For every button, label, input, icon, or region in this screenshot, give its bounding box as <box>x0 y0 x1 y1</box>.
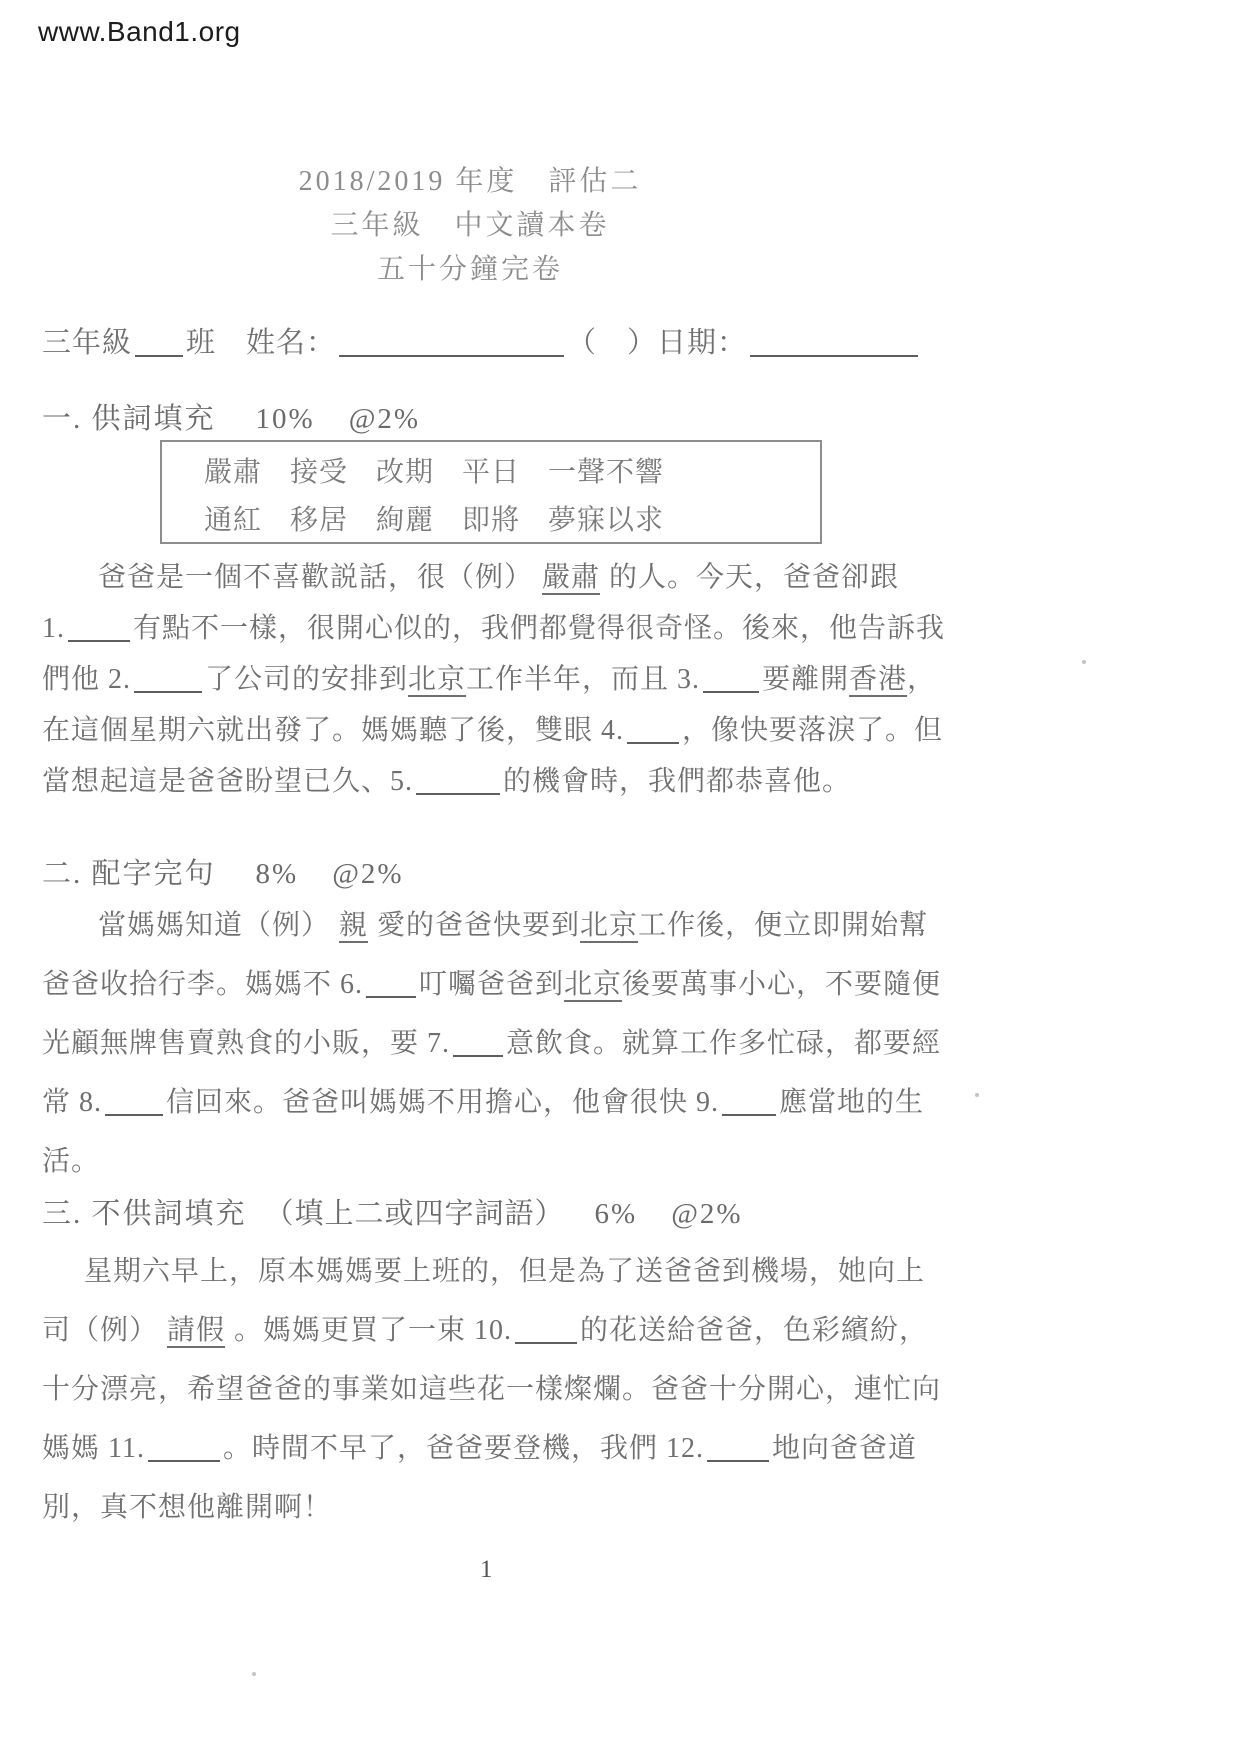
student-info-line: 三年級班 姓名：（ ）日期： <box>42 320 921 361</box>
text-run: 了公司的安排到 <box>205 664 408 695</box>
answer-blank <box>105 1086 163 1116</box>
text-run: 的花送給爸爸，色彩繽紛， <box>580 1315 928 1346</box>
word-bank-word: 通紅 <box>204 498 266 538</box>
text-run: 司（例） <box>42 1315 158 1346</box>
word-bank-word: 接受 <box>290 450 352 490</box>
text-run: 有點不一樣，很開心似的，我們都覺得很奇怪。後來，他告訴我 <box>133 613 945 644</box>
exam-title-block: 2018/2019 年度 評估二 三年級 中文讀本卷 五十分鐘完卷 <box>120 160 820 292</box>
word-bank-word: 一聲不響 <box>548 450 688 490</box>
text-line: 司（例）請假。媽媽更買了一束 10.的花送給爸爸，色彩繽紛， <box>42 1301 941 1360</box>
section-3-per-item-score: @2% <box>671 1198 742 1230</box>
section-2-score: 8% <box>256 858 299 890</box>
section-2-heading: 二. 配字完句8%@2% <box>42 851 404 892</box>
text-run: 後要萬事小心，不要隨便 <box>622 969 941 1000</box>
text-run: 信回來。爸爸叫媽媽不用擔心，他會很快 9. <box>166 1087 719 1118</box>
word-bank-word: 夢寐以求 <box>548 498 688 538</box>
exam-title-subject: 三年級 中文讀本卷 <box>120 204 820 248</box>
answer-blank <box>627 714 679 744</box>
text-run: 意飲食。就算工作多忙碌，都要經 <box>506 1028 941 1059</box>
text-run: 。媽媽更買了一束 10. <box>234 1315 512 1346</box>
section-1-title: 一. 供詞填充 <box>42 403 216 435</box>
section-1-heading: 一. 供詞填充10%@2% <box>42 396 420 437</box>
answer-blank <box>339 326 564 357</box>
example-answer: 親 <box>330 910 377 941</box>
word-bank-word: 絢麗 <box>376 498 438 538</box>
section-1-passage: 爸爸是一個不喜歡説話，很（例）嚴肅的人。今天，爸爸卻跟1.有點不一樣，很開心似的… <box>42 552 945 807</box>
section-3-title: 三. 不供詞填充 <box>42 1198 247 1230</box>
text-run: 工作後，便立即開始幫 <box>638 910 928 941</box>
example-answer: 請假 <box>158 1315 234 1346</box>
scan-speck <box>252 1672 256 1676</box>
text-run: ， <box>907 664 936 695</box>
text-line: 1.有點不一樣，很開心似的，我們都覺得很奇怪。後來，他告訴我 <box>42 603 945 654</box>
text-line: 十分漂亮，希望爸爸的事業如這些花一樣燦爛。爸爸十分開心，連忙向 <box>42 1360 941 1419</box>
text-run: 1. <box>42 613 65 644</box>
answer-blank <box>750 326 918 357</box>
text-line: 當想起這是爸爸盼望已久、5.的機會時，我們都恭喜他。 <box>42 756 945 807</box>
answer-blank <box>453 1027 503 1057</box>
text-run: 的機會時，我們都恭喜他。 <box>503 766 851 797</box>
text-run: 爸爸是一個不喜歡説話，很（例） <box>98 562 533 593</box>
text-line: 別，真不想他離開啊！ <box>42 1478 941 1537</box>
section-3-note: （填上二或四字詞語） <box>265 1198 565 1230</box>
section-3-passage: 星期六早上，原本媽媽要上班的，但是為了送爸爸到機場，她向上司（例）請假。媽媽更買… <box>42 1242 941 1537</box>
text-run: 媽媽 11. <box>42 1433 145 1464</box>
text-run: 工作半年，而且 3. <box>466 664 700 695</box>
text-run: 活。 <box>42 1146 100 1177</box>
answer-blank <box>366 968 416 998</box>
text-run: 的人。今天，爸爸卻跟 <box>609 562 899 593</box>
section-3-score: 6% <box>595 1198 638 1230</box>
underlined-proper-noun: 北京 <box>408 664 466 695</box>
section-2-title: 二. 配字完句 <box>42 858 216 890</box>
underlined-proper-noun: 北京 <box>564 969 622 1000</box>
word-bank-row: 嚴肅接受改期平日一聲不響 <box>162 446 820 494</box>
example-answer: 嚴肅 <box>533 562 609 593</box>
text-run: 常 8. <box>42 1087 102 1118</box>
text-line: 活。 <box>42 1132 941 1191</box>
text-line: 爸爸是一個不喜歡説話，很（例）嚴肅的人。今天，爸爸卻跟 <box>42 552 945 603</box>
answer-blank <box>722 1086 776 1116</box>
underlined-proper-noun: 北京 <box>580 910 638 941</box>
text-run: 十分漂亮，希望爸爸的事業如這些花一樣燦爛。爸爸十分開心，連忙向 <box>42 1374 941 1405</box>
text-line: 爸爸收拾行李。媽媽不 6.叮囑爸爸到北京後要萬事小心，不要隨便 <box>42 955 941 1014</box>
exam-title-duration: 五十分鐘完卷 <box>120 248 820 292</box>
text-run: 們他 2. <box>42 664 131 695</box>
scan-speck <box>975 1093 979 1097</box>
text-run: 在這個星期六就出發了。媽媽聽了後，雙眼 4. <box>42 715 624 746</box>
answer-blank <box>148 1432 220 1462</box>
text-run: （ ）日期： <box>567 327 747 359</box>
section-2-per-item-score: @2% <box>332 858 403 890</box>
text-run: 地向爸爸道 <box>772 1433 917 1464</box>
text-run: ，像快要落淚了。但 <box>682 715 943 746</box>
text-line: 媽媽 11.。時間不早了，爸爸要登機，我們 12.地向爸爸道 <box>42 1419 941 1478</box>
text-run: 要離開 <box>762 664 849 695</box>
text-run: 爸爸收拾行李。媽媽不 6. <box>42 969 363 1000</box>
site-watermark: www.Band1.org <box>38 16 241 48</box>
text-run: 光顧無牌售賣熟食的小販，要 7. <box>42 1028 450 1059</box>
text-run: 三年級 <box>42 327 132 359</box>
answer-blank <box>135 326 183 357</box>
word-bank-box: 嚴肅接受改期平日一聲不響通紅移居絢麗即將夢寐以求 <box>160 440 822 544</box>
text-line: 們他 2.了公司的安排到北京工作半年，而且 3.要離開香港， <box>42 654 945 705</box>
text-run: 應當地的生 <box>779 1087 924 1118</box>
word-bank-word: 嚴肅 <box>204 450 266 490</box>
scan-speck <box>1082 660 1086 664</box>
answer-blank <box>416 765 500 795</box>
answer-blank <box>515 1314 577 1344</box>
answer-blank <box>68 612 130 642</box>
text-run: 叮囑爸爸到 <box>419 969 564 1000</box>
text-line: 在這個星期六就出發了。媽媽聽了後，雙眼 4.，像快要落淚了。但 <box>42 705 945 756</box>
text-line: 三年級班 姓名：（ ）日期： <box>42 320 921 361</box>
word-bank-word: 即將 <box>462 498 524 538</box>
section-2-passage: 當媽媽知道（例）親愛的爸爸快要到北京工作後，便立即開始幫爸爸收拾行李。媽媽不 6… <box>42 896 941 1191</box>
section-3-heading: 三. 不供詞填充（填上二或四字詞語）6%@2% <box>42 1191 743 1232</box>
answer-blank <box>707 1432 769 1462</box>
page-number: 1 <box>480 1556 493 1584</box>
text-run: 當想起這是爸爸盼望已久、5. <box>42 766 413 797</box>
word-bank-row: 通紅移居絢麗即將夢寐以求 <box>162 494 820 542</box>
underlined-proper-noun: 香港 <box>849 664 907 695</box>
text-run: 星期六早上，原本媽媽要上班的，但是為了送爸爸到機場，她向上 <box>84 1256 925 1287</box>
text-run: 班 姓名： <box>186 327 336 359</box>
text-run: 愛的爸爸快要到 <box>377 910 580 941</box>
section-1-score: 10% <box>256 403 315 435</box>
word-bank-word: 平日 <box>462 450 524 490</box>
exam-title-year: 2018/2019 年度 評估二 <box>120 160 820 204</box>
text-line: 星期六早上，原本媽媽要上班的，但是為了送爸爸到機場，她向上 <box>42 1242 941 1301</box>
word-bank-word: 移居 <box>290 498 352 538</box>
text-run: 。時間不早了，爸爸要登機，我們 12. <box>223 1433 704 1464</box>
text-line: 光顧無牌售賣熟食的小販，要 7.意飲食。就算工作多忙碌，都要經 <box>42 1014 941 1073</box>
text-run: 別，真不想他離開啊！ <box>42 1492 332 1523</box>
answer-blank <box>134 663 202 693</box>
section-1-per-item-score: @2% <box>349 403 420 435</box>
answer-blank <box>703 663 759 693</box>
text-run: 當媽媽知道（例） <box>98 910 330 941</box>
word-bank-word: 改期 <box>376 450 438 490</box>
text-line: 當媽媽知道（例）親愛的爸爸快要到北京工作後，便立即開始幫 <box>42 896 941 955</box>
text-line: 常 8.信回來。爸爸叫媽媽不用擔心，他會很快 9.應當地的生 <box>42 1073 941 1132</box>
